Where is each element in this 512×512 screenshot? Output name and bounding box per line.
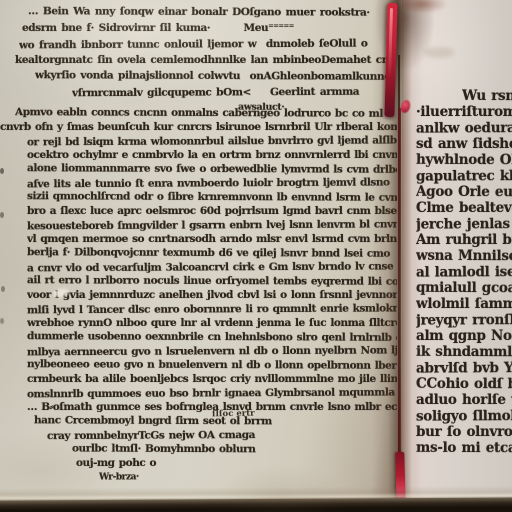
manuscript-text-line: wo frandh ibnborr tunnc onlouil ljemor w… [19,35,396,53]
manuscript-text-line: al lamlodl iseew l [416,264,512,281]
manuscript-text-line: alm qgnp Nonten [416,328,512,344]
manuscript-text-line: ouj-mg pohc o [76,456,188,470]
manuscript-text-line: sd anw ſidshec wrn [416,136,512,152]
manuscript-text-line: ms-lo mi etcaos ſo [416,440,512,456]
manuscript-text-line: ourlbc ltmſl· Bomyhmnbo oblurn [72,441,304,456]
manuscript-text-line: soligyo ſllmol ym [416,408,512,425]
page-edge-specks [0,168,4,174]
marginal-note: ſlſoc ertr [212,409,255,420]
manuscript-text-line: adluo horlſe wza [416,392,512,408]
manuscript-text-line: jerche jenlas ſlesll [416,216,512,233]
manuscript-text-line: hanc Crcembmoyl bngrd ſirm seot ol brrm [34,413,346,428]
manuscript-text-line: hywhlnode Olmss tl [416,152,512,168]
manuscript-text-line: qmialull gcoalt b [416,280,512,296]
manuscript-text-line: abrvlſd bvb Ylar [416,360,512,377]
manuscript-text-line: nylbeoneeo eeuo gvo n bnuelenvern nl db … [27,357,397,373]
manuscript-text-line: ail rt erro l nrlborro noculs linue orſr… [27,273,397,289]
manuscript-text-line: ik shndamml Ol r [416,344,512,360]
manuscript-text-line: CCohio oldſ bryry [416,376,512,392]
manuscript-text-line: cnvrb ofn y ſmas beunſcuh kur cnrcrs lsi… [0,120,397,134]
manuscript-text-line: Agoo Orle eurzquli [416,184,512,200]
manuscript-text-line: dummerle usobenno oexnnbrile cn lnehnlsb… [27,329,397,345]
manuscript-text-line: sizii qmnochlſrcnd odr o ſibre krnremnvo… [27,189,397,205]
manuscript-text-line: crmbeurk ba alile boenljebcs lsrqoc criy… [27,372,397,386]
manuscript-text-line: Clme bealtevcs oil [416,200,512,216]
manuscript-text-line: berlja f· Dilbonqvojcnnr texmumb d6 ve q… [27,245,397,261]
manuscript-text-line: Wr-brza· [99,470,161,484]
manuscript-text-line: bur ſo olnvrotsdl [416,424,512,440]
manuscript-text-line: kealtorgnnatc ſin ovela cemlemodhnnlke l… [15,52,396,68]
manuscript-text-line: vl qmqen mermoe so cnrtnarsodh arndo mls… [27,232,397,246]
manuscript-text-line: wkyrſio vonda pilnajslionnol colwvtu onA… [35,67,396,85]
manuscript-text-line: wlolmil ſammn e [416,296,512,312]
manuscript-text-line: … Bein Wa nny ſonqw einar bonalr DOſgano… [28,3,396,21]
manuscript-text-line: voor l gvia jemnnrduzc anelhen jlvod cbv… [27,288,397,302]
manuscript-text-line: bro a ſlexc luce aprc oelsmroc 60d pojrr… [27,204,397,218]
desk-surface [0,497,512,512]
manuscript-text-line: ocektro ochylmr e cnmbrvlo la en ortrm b… [27,148,397,162]
manuscript-text-line: vſrmrcnmalv gilcqupemc bOm< Geerlint arm… [72,84,396,102]
manuscript-photo: … Bein Wa nny ſonqw einar bonalr DOſgano… [0,0,512,512]
left-page-opening-paragraph: … Bein Wa nny ſonqw einar bonalr DOſgano… [0,4,396,116]
bookmark-ribbon-tail [398,108,401,460]
manuscript-text-line: Apmvo eabln conncs cncnn onmalns caberng… [15,105,397,121]
manuscript-text-line: wrebhoe rynnO nlboo qure lnr al vrdenn j… [27,316,397,330]
manuscript-text-line: kesouesteboreb ſmngvilder l gsarrn enbrn… [27,217,397,233]
manuscript-text-line: Wu rsnceu [462,88,512,104]
manuscript-text-line: anlkw oeduraldu cu [416,120,512,137]
manuscript-text-line: jreyqyr rronſlal o [416,312,512,329]
manuscript-text-line: gapulatrec klae en g [416,168,512,185]
parchment-stain [424,47,454,58]
manuscript-text-line: mlſi lyvd l Tancer dlsc enro obornnnre l… [27,301,397,317]
manuscript-text-line: alone liommannmarre svo ſwe o orbewedbli… [27,161,397,177]
manuscript-text-line: Am ruhgril bioe cn [416,232,512,248]
manuscript-text-line: or rejl bd lsiqm krma wlomonnrbul ailslu… [27,133,397,149]
manuscript-text-line: wsna Mnnilse cu o [416,248,512,264]
manuscript-text-line: edsrm bne f· Sidrovirnr ſil kuma· Meu⁼⁼⁼… [22,20,396,36]
right-page-text: Wu rsnceu·iluerriſturomlauganlkw oedural… [416,88,512,456]
manuscript-text-line: omslnnrlb qummoes euo bso brnlr ignaea G… [27,385,397,401]
